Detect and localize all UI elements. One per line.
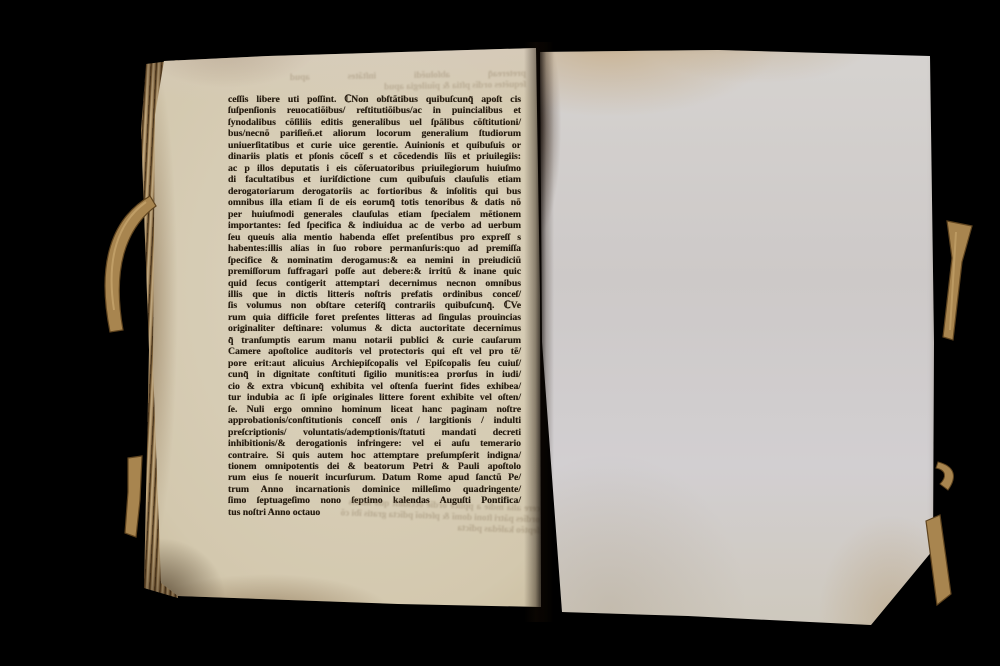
- text-line: ſynodalibus cõſiliis editis generalibus …: [228, 117, 521, 128]
- photo-background: pretereaq̃ abſoluẽdi inſtãtes apudſequẽt…: [0, 0, 1000, 666]
- text-line: trum Anno incarnationis dominice milleſi…: [228, 484, 521, 495]
- text-line: importantes: ſed ſpecifica & indiuidua a…: [228, 220, 521, 231]
- ribbon-left-top-highlight: [112, 202, 146, 310]
- text-line: habentes:illis alias in ſuo robore perma…: [228, 243, 521, 254]
- text-line: illis que in dictis litteris noſtris pre…: [228, 289, 521, 300]
- text-line: pore erit:aut alicuius Archiepiſcopalis …: [228, 358, 521, 369]
- text-line: cio & extra vbicunq̃ exhibita vel oſtenſ…: [228, 381, 521, 392]
- text-line: per huiuſmodi generales clauſulas etiam …: [228, 209, 521, 220]
- text-line: rum quia difficile foret preſentes litte…: [228, 312, 521, 323]
- text-line: preſcriptionis/ voluntatis/ademptionis/ſ…: [228, 427, 521, 438]
- text-line: cunq̃ in dignitate conſtituti ſigilio mu…: [228, 369, 521, 380]
- ribbon-right-top-highlight: [950, 232, 956, 330]
- text-line: contraire. Si quis autem hoc attemptare …: [228, 450, 521, 461]
- text-line: ceſſis libere uti poſſint. ℂNon obſtãtib…: [228, 94, 521, 105]
- show-through-text-top: pretereaq̃ abſoluẽdi inſtãtes apudſequẽt…: [290, 69, 526, 95]
- text-line: quid ſecus contigerit attemptari decerni…: [228, 278, 521, 289]
- text-line: ſe. Nuli ergo omnino hominum liceat hanc…: [228, 404, 521, 415]
- text-line: tur indubia ac ſi ipſe originales litter…: [228, 392, 521, 403]
- text-line: bus/necnõ pariſieñ.et aliorum locorum ge…: [228, 128, 521, 139]
- left-page: pretereaq̃ abſoluẽdi inſtãtes apudſequẽt…: [148, 45, 544, 615]
- ribbon-right-top: [943, 221, 972, 340]
- ribbon-right-hook: [936, 462, 953, 490]
- show-through-text-bottom: cere alia mdĩe a pplice ordĩe occĩdiſit …: [347, 498, 540, 538]
- text-line: approbationis/conſtitutionis conceſſ oni…: [228, 415, 521, 426]
- text-line: uniuerſitatibus et curie uice gerentie. …: [228, 140, 521, 151]
- text-line: omnibus illa etiam ſi de eis eorumq̃ tot…: [228, 197, 521, 208]
- text-line: derogatoriarum derogatoriis ac fortiorib…: [228, 186, 521, 197]
- text-line: di facultatibus et iuriſdictione cum qui…: [228, 174, 521, 185]
- right-page: [538, 42, 940, 632]
- text-line: tionem omnipotentis dei & beatorum Petri…: [228, 461, 521, 472]
- text-line: ſpecifice & nominatim derogamus:& ea nem…: [228, 255, 521, 266]
- text-line: q̃ tranſumptis earum manu notarii public…: [228, 335, 521, 346]
- ribbon-left-bottom: [125, 456, 142, 537]
- text-line: rum eius ſe nouerit incurſurum. Datum Ro…: [228, 472, 521, 483]
- left-page-text: ceſſis libere uti poſſint. ℂNon obſtãtib…: [228, 94, 521, 518]
- text-line: ac p illos deputatis i eis cõſeruatoribu…: [228, 163, 521, 174]
- text-line: originaliter deſtinare: volumus & dicta …: [228, 323, 521, 334]
- text-line: inhibitionis/& derogationis infringere: …: [228, 438, 521, 449]
- text-line: dinariis platis et pſonis cõceſſ s et cõ…: [228, 151, 521, 162]
- text-line: ſeu queuis alia mentio habenda eſſet pre…: [228, 232, 521, 243]
- text-line: ſuſpenſionis reuocatiõibus/ reſtitutiõib…: [228, 105, 521, 116]
- text-line: ſis volumus non obſtare ceteriſq̃ contra…: [228, 300, 521, 311]
- text-line: premiſſorum ſuffragari poſſe aut debere:…: [228, 266, 521, 277]
- text-line: Camere apoſtolice auditoris vel protecto…: [228, 346, 521, 357]
